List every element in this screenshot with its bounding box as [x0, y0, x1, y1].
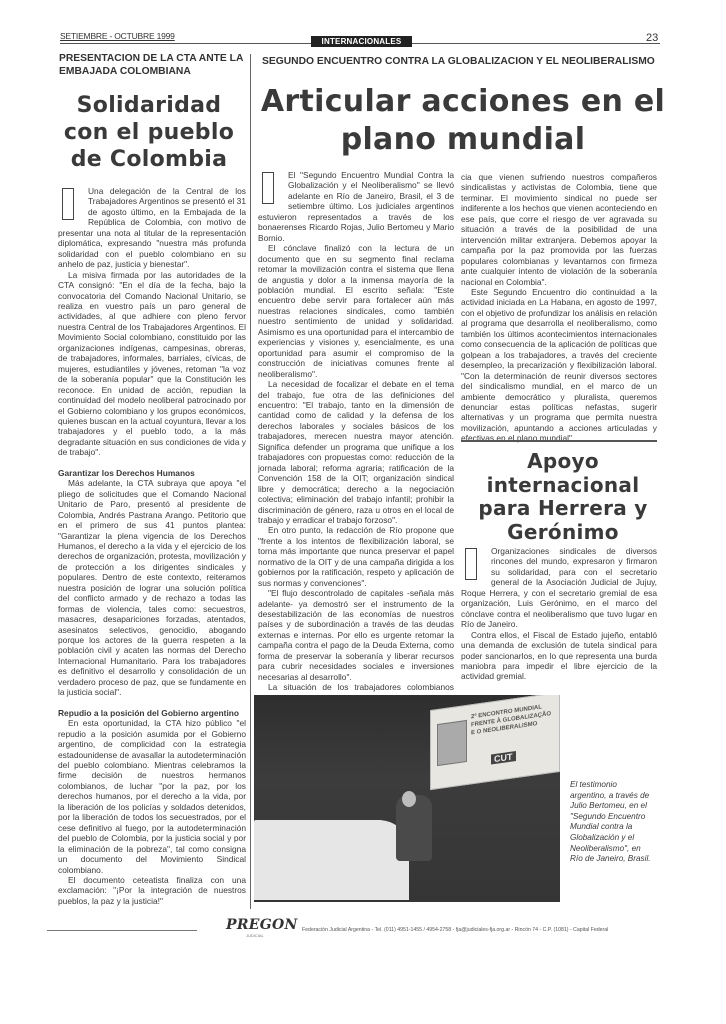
dropcap-icon	[465, 548, 477, 580]
paragraph: Organizaciones sindicales de diversos ri…	[461, 546, 657, 630]
paragraph: El "Segundo Encuentro Mundial Contra la …	[258, 170, 454, 243]
section-label: INTERNACIONALES	[311, 36, 412, 47]
main-article-headline: Articular acciones en el plano mundial	[258, 83, 668, 159]
table-cloth	[254, 820, 409, 900]
paragraph: "El flujo descontrolado de capitales -se…	[258, 588, 454, 682]
paragraph: cia que vienen sufriendo nuestros compañ…	[461, 172, 657, 287]
main-article-column-2: cia que vienen sufriendo nuestros compañ…	[461, 172, 657, 444]
speaker-figure	[396, 795, 432, 861]
apoyo-article-body: Organizaciones sindicales de diversos ri…	[461, 546, 657, 682]
paragraph: En otro punto, la redacción de Río propo…	[258, 525, 454, 588]
main-article-kicker: SEGUNDO ENCUENTRO CONTRA LA GLOBALIZACIO…	[262, 56, 662, 69]
paragraph: La misiva firmada por las autoridades de…	[58, 270, 246, 458]
banner-text: 2º ENCONTRO MUNDIAL FRENTE À GLOBALIZAÇÃ…	[471, 702, 555, 738]
dropcap-icon	[262, 172, 274, 204]
paragraph: Contra ellos, el Fiscal de Estado jujeño…	[461, 630, 657, 682]
column-divider	[250, 54, 251, 909]
dropcap-icon	[62, 188, 74, 220]
subheading: Garantizar los Derechos Humanos	[58, 468, 246, 478]
paragraph: Una delegación de la Central de los Trab…	[58, 186, 246, 270]
page-number: 23	[646, 32, 658, 44]
section-rule	[461, 440, 657, 442]
cut-logo: CUT	[491, 751, 516, 764]
paragraph: Este Segundo Encuentro dio continuidad a…	[461, 287, 657, 444]
footer-rule	[47, 930, 197, 931]
paragraph: En esta oportunidad, la CTA hizo público…	[58, 718, 246, 875]
paragraph: El cónclave finalizó con la lectura de u…	[258, 243, 454, 379]
main-article-column-1: El "Segundo Encuentro Mundial Contra la …	[258, 170, 454, 703]
pregon-logo-subtitle: JUDICIAL	[246, 933, 264, 938]
paragraph: Más adelante, la CTA subraya que apoya "…	[58, 478, 246, 698]
left-article-kicker: PRESENTACION DE LA CTA ANTE LA EMBAJADA …	[59, 53, 244, 78]
left-article-body: Una delegación de la Central de los Trab…	[58, 186, 246, 906]
issue-date: SETIEMBRE - OCTUBRE 1999	[60, 31, 175, 41]
apoyo-headline: Apoyo internacional para Herrera y Gerón…	[468, 450, 658, 544]
speaker-head	[402, 791, 416, 807]
pregon-logo: PREGON	[226, 917, 298, 933]
paragraph: El documento ceteatista finaliza con una…	[58, 875, 246, 906]
globe-icon	[437, 720, 467, 766]
left-article-headline: Solidaridad con el pueblo de Colombia	[53, 92, 245, 173]
footer-contact: Federación Judicial Argentina - Tel. (01…	[302, 927, 608, 933]
conference-banner: 2º ENCONTRO MUNDIAL FRENTE À GLOBALIZAÇÃ…	[430, 695, 560, 790]
conference-photo: 2º ENCONTRO MUNDIAL FRENTE À GLOBALIZAÇÃ…	[254, 695, 560, 902]
paragraph: La necesidad de focalizar el debate en e…	[258, 379, 454, 525]
photo-caption: El testimonio argentino, a través de Jul…	[570, 780, 655, 865]
subheading: Repudio a la posición del Gobierno argen…	[58, 708, 246, 718]
